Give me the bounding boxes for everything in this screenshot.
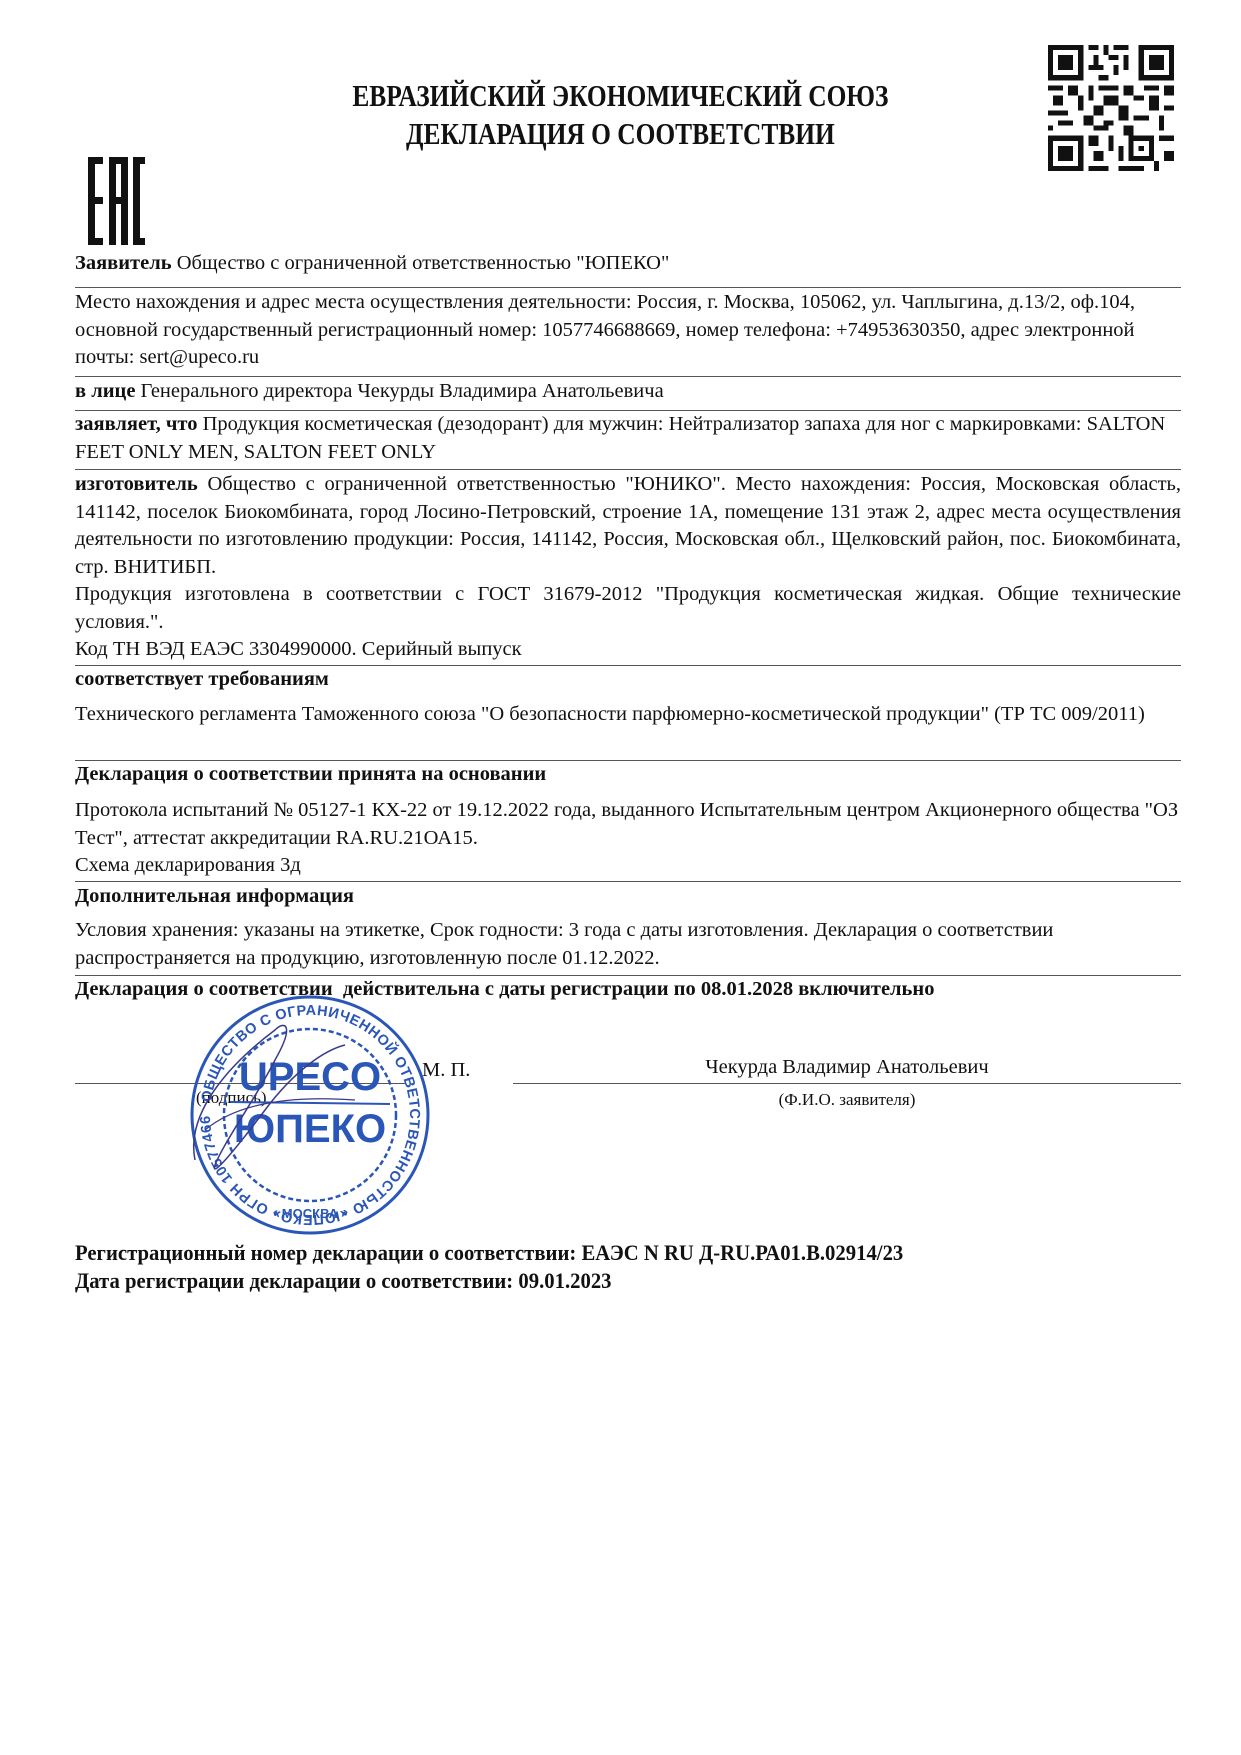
represented-by-value: Генерального директора Чекурды Владимира… xyxy=(141,380,664,402)
registration-date: Дата регистрации декларации о соответств… xyxy=(75,1268,612,1294)
basis-value: Протокола испытаний № 05127-1 КХ-22 от 1… xyxy=(75,797,1181,852)
divider xyxy=(75,287,1181,288)
stamp-city: • МОСКВА • xyxy=(274,1206,347,1221)
manufacturer-label: изготовитель xyxy=(75,473,198,495)
document-title: ДЕКЛАРАЦИЯ О СООТВЕТСТВИИ xyxy=(112,116,1130,152)
address-text: Место нахождения и адрес места осуществл… xyxy=(75,291,1135,368)
stamp-brand-cyrillic: ЮПЕКО xyxy=(234,1107,386,1151)
company-stamp: ОБЩЕСТВО С ОГРАНИЧЕННОЙ ОТВЕТСТВЕННОСТЬЮ… xyxy=(175,990,445,1240)
complies-value: Технического регламента Таможенного союз… xyxy=(75,701,1181,729)
applicant-name-caption: (Ф.И.О. заявителя) xyxy=(513,1086,1181,1114)
divider xyxy=(75,469,1181,470)
basis-scheme: Схема декларирования 3д xyxy=(75,852,1181,880)
complies-label: соответствует требованиям xyxy=(75,666,1181,694)
applicant-value: Общество с ограниченной ответственностью… xyxy=(177,252,670,274)
basis-label: Декларация о соответствии принята на осн… xyxy=(75,761,1181,789)
qr-code-icon[interactable] xyxy=(1048,44,1174,172)
manufacturer-standard: Продукция изготовлена в соответствии с Г… xyxy=(75,581,1181,636)
divider xyxy=(75,881,1181,882)
applicant-label: Заявитель xyxy=(75,252,172,274)
represented-by-label: в лице xyxy=(75,380,135,402)
additional-label: Дополнительная информация xyxy=(75,883,1181,911)
manufacturer-code: Код ТН ВЭД ЕАЭС 3304990000. Серийный вып… xyxy=(75,636,1181,664)
union-title: ЕВРАЗИЙСКИЙ ЭКОНОМИЧЕСКИЙ СОЮЗ xyxy=(112,78,1130,114)
additional-value: Условия хранения: указаны на этикетке, С… xyxy=(75,917,1181,972)
manufacturer-value: Общество с ограниченной ответственностью… xyxy=(75,473,1181,578)
divider xyxy=(75,376,1181,377)
name-line xyxy=(513,1083,1181,1084)
registration-number: Регистрационный номер декларации о соотв… xyxy=(75,1240,903,1266)
manufacturer-field: изготовитель Общество с ограниченной отв… xyxy=(75,471,1181,581)
address-field: Место нахождения и адрес места осуществл… xyxy=(75,289,1181,372)
declares-value: Продукция косметическая (дезодорант) для… xyxy=(75,413,1165,463)
declares-label: заявляет, что xyxy=(75,413,197,435)
represented-by-field: в лице Генерального директора Чекурды Вл… xyxy=(75,378,1181,406)
applicant-name: Чекурда Владимир Анатольевич xyxy=(513,1054,1181,1082)
applicant-field: Заявитель Общество с ограниченной ответс… xyxy=(75,250,1181,278)
eac-logo xyxy=(88,157,145,245)
stamp-brand-latin: UPECO xyxy=(239,1055,381,1099)
declares-field: заявляет, что Продукция косметическая (д… xyxy=(75,411,1181,466)
